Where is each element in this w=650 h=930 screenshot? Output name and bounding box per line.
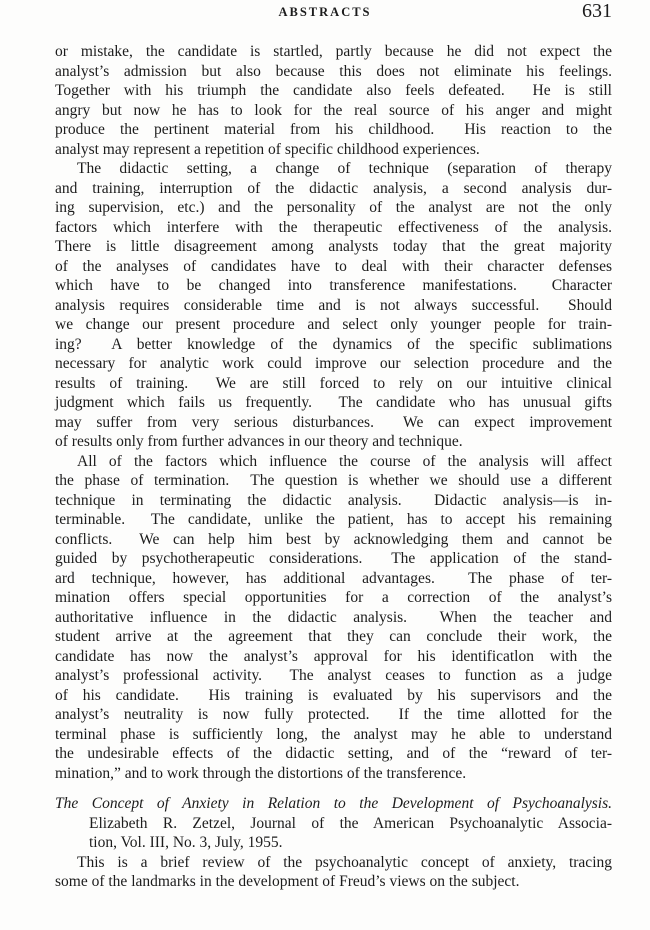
text-line: of results only from further advances in… [55,432,612,452]
citation-source-line: Elizabeth R. Zetzel, Journal of the Amer… [55,814,612,834]
text-line: produce the pertinent material from his … [55,120,612,140]
text-line: the phase of termination. The question i… [55,471,612,491]
text-line: results of training. We are still forced… [55,374,612,394]
abstract-citation: The Concept of Anxiety in Relation to th… [55,794,612,853]
text-line: student arrive at the agreement that the… [55,627,612,647]
text-line: mination,” and to work through the disto… [55,764,612,784]
citation-title: The Concept of Anxiety in Relation to th… [55,794,612,814]
text-line: authoritative influence in the didactic … [55,608,612,628]
citation-source-line: tion, Vol. III, No. 3, July, 1955. [55,833,612,853]
page-number: 631 [582,0,612,23]
text-line: analysis requires considerable time and … [55,296,612,316]
text-line: conflicts. We can help him best by ackno… [55,530,612,550]
text-line: All of the factors which influence the c… [55,452,612,472]
text-line: candidate has now the analyst’s approval… [55,647,612,667]
text-line: Together with his triumph the candidate … [55,81,612,101]
text-line: analyst’s neutrality is now fully protec… [55,705,612,725]
text-line: technique in terminating the didactic an… [55,491,612,511]
text-line: The didactic setting, a change of techni… [55,159,612,179]
text-line: terminable. The candidate, unlike the pa… [55,510,612,530]
running-head: ABSTRACTS [0,5,650,20]
text-line: analyst’s admission but also because thi… [55,62,612,82]
text-line: some of the landmarks in the development… [55,872,612,892]
text-line: There is little disagreement among analy… [55,237,612,257]
text-line: ing supervision, etc.) and the personali… [55,198,612,218]
abstract-body: or mistake, the candidate is startled, p… [55,42,612,892]
text-line: ard technique, however, has additional a… [55,569,612,589]
text-line: factors which interfere with the therape… [55,218,612,238]
text-line: guided by psychotherapeutic consideratio… [55,549,612,569]
paragraph-continuation: or mistake, the candidate is startled, p… [55,42,612,159]
text-line: judgment which fails us frequently. The … [55,393,612,413]
text-line: ing? A better knowledge of the dynamics … [55,335,612,355]
text-line: analyst’s professional activity. The ana… [55,666,612,686]
text-line: of his candidate. His training is evalua… [55,686,612,706]
text-line: analyst may represent a repetition of sp… [55,140,612,160]
paragraph-didactic-setting: The didactic setting, a change of techni… [55,159,612,452]
text-line: may suffer from very serious disturbance… [55,413,612,433]
journal-page: ABSTRACTS 631 or mistake, the candidate … [0,0,650,930]
text-line: the undesirable effects of the didactic … [55,744,612,764]
paragraph-termination: All of the factors which influence the c… [55,452,612,784]
text-line: necessary for analytic work could improv… [55,354,612,374]
text-line: which have to be changed into transferen… [55,276,612,296]
text-line: and training, interruption of the didact… [55,179,612,199]
text-line: angry but now he has to look for the rea… [55,101,612,121]
text-line: mination offers special opportunities fo… [55,588,612,608]
text-line: we change our present procedure and sele… [55,315,612,335]
text-line: of the analyses of candidates have to de… [55,257,612,277]
text-line: This is a brief review of the psychoanal… [55,853,612,873]
text-line: terminal phase is sufficiently long, the… [55,725,612,745]
text-line: or mistake, the candidate is startled, p… [55,42,612,62]
paragraph-review-intro: This is a brief review of the psychoanal… [55,853,612,892]
